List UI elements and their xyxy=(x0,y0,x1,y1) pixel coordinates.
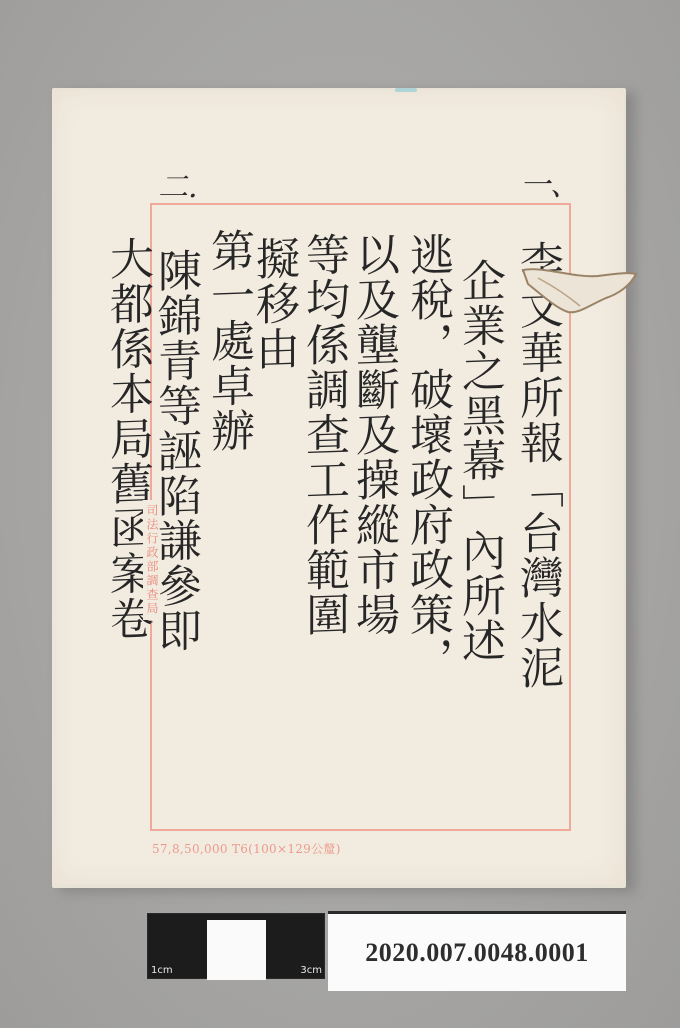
cyan-tab-mark xyxy=(395,88,417,92)
accession-number-label: 2020.007.0048.0001 xyxy=(328,911,626,991)
scale-label-1cm: 1cm xyxy=(151,965,173,976)
scale-label-3cm: 3cm xyxy=(300,965,322,976)
scale-white-segment xyxy=(207,920,266,980)
heading-mark-two: 二. xyxy=(158,162,198,206)
printed-agency-imprint: 司法行政部調查局 xyxy=(143,500,159,620)
handwriting-column-7: 第一處卓辦 xyxy=(205,227,251,454)
paper-tear-damage xyxy=(518,262,638,322)
color-scale-bar: 1cm 3cm xyxy=(147,913,325,979)
handwriting-column-4: 以及壟斷及操縱市場 xyxy=(350,231,396,638)
printed-paper-spec-footer: 57,8,50,000 T6(100×129公釐) xyxy=(152,840,341,857)
heading-mark-one: 一、 xyxy=(520,160,580,204)
handwriting-column-5: 等均係調查工作範圍 xyxy=(300,231,346,638)
handwriting-column-3: 逃稅，破壞政府政策， xyxy=(404,231,450,683)
handwriting-column-2: 企業之黑幕」內所述 xyxy=(456,257,502,664)
handwriting-column-6: 擬移由 xyxy=(250,235,296,372)
accession-number-text: 2020.007.0048.0001 xyxy=(365,938,589,968)
